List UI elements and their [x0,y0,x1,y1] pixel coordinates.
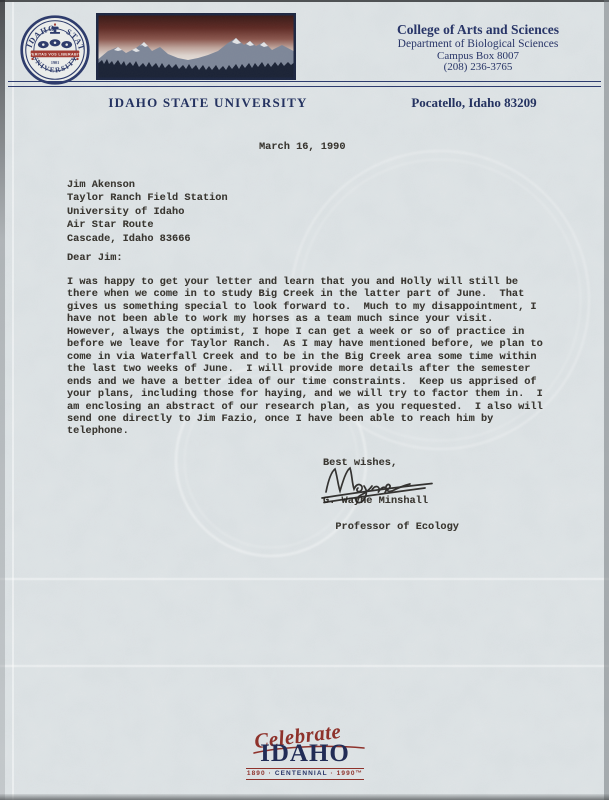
scan-edge-left [0,0,5,800]
separator-dot: · [331,770,334,777]
handwritten-signature [320,462,435,508]
separator-dot: · [269,770,272,777]
college-name: College of Arts and Sciences [368,21,588,38]
salutation: Dear Jim: [67,252,123,264]
university-name: IDAHO STATE UNIVERSITY [108,95,308,111]
centennial-logo: Celebrate IDAHO 1890 · CENTENNIAL · 1990… [240,722,370,780]
phone-number: (208) 236-3765 [368,62,588,74]
college-address-block: College of Arts and Sciences Department … [368,21,588,74]
idaho-wordmark: IDAHO [240,742,370,766]
centennial-word: CENTENNIAL [275,770,328,777]
recipient-address-block: Jim Akenson Taylor Ranch Field Station U… [67,179,228,246]
scan-edge-top [0,0,609,2]
centennial-year-left: 1890 [247,770,266,777]
header-double-rule [8,81,601,87]
seal-year: 1901 [51,60,59,65]
seal-motto: VERITAS VOS LIBERABIT [29,52,81,56]
scanned-letter-page: IDAHO STATE UNIVERSITY VERITAS VOS LIBER [0,0,609,800]
university-location: Pocatello, Idaho 83209 [394,95,554,111]
scan-edge-bottom [0,794,609,800]
department-name: Department of Biological Sciences [368,38,588,51]
sender-title: Professor of Ecology [335,521,459,533]
letter-body: I was happy to get your letter and learn… [67,276,543,438]
paper-streak [12,0,14,800]
fold-crease-line [0,578,609,580]
centennial-year-right: 1990™ [337,770,363,777]
letter-date: March 16, 1990 [259,141,346,153]
university-seal-icon: IDAHO STATE UNIVERSITY VERITAS VOS LIBER [19,14,91,86]
motto-ribbon: VERITAS VOS LIBERABIT [29,50,81,57]
fold-crease-line [0,665,609,667]
centennial-strip: 1890 · CENTENNIAL · 1990™ [246,768,364,780]
scan-edge-right [604,0,609,800]
mountain-banner-image [96,13,296,80]
